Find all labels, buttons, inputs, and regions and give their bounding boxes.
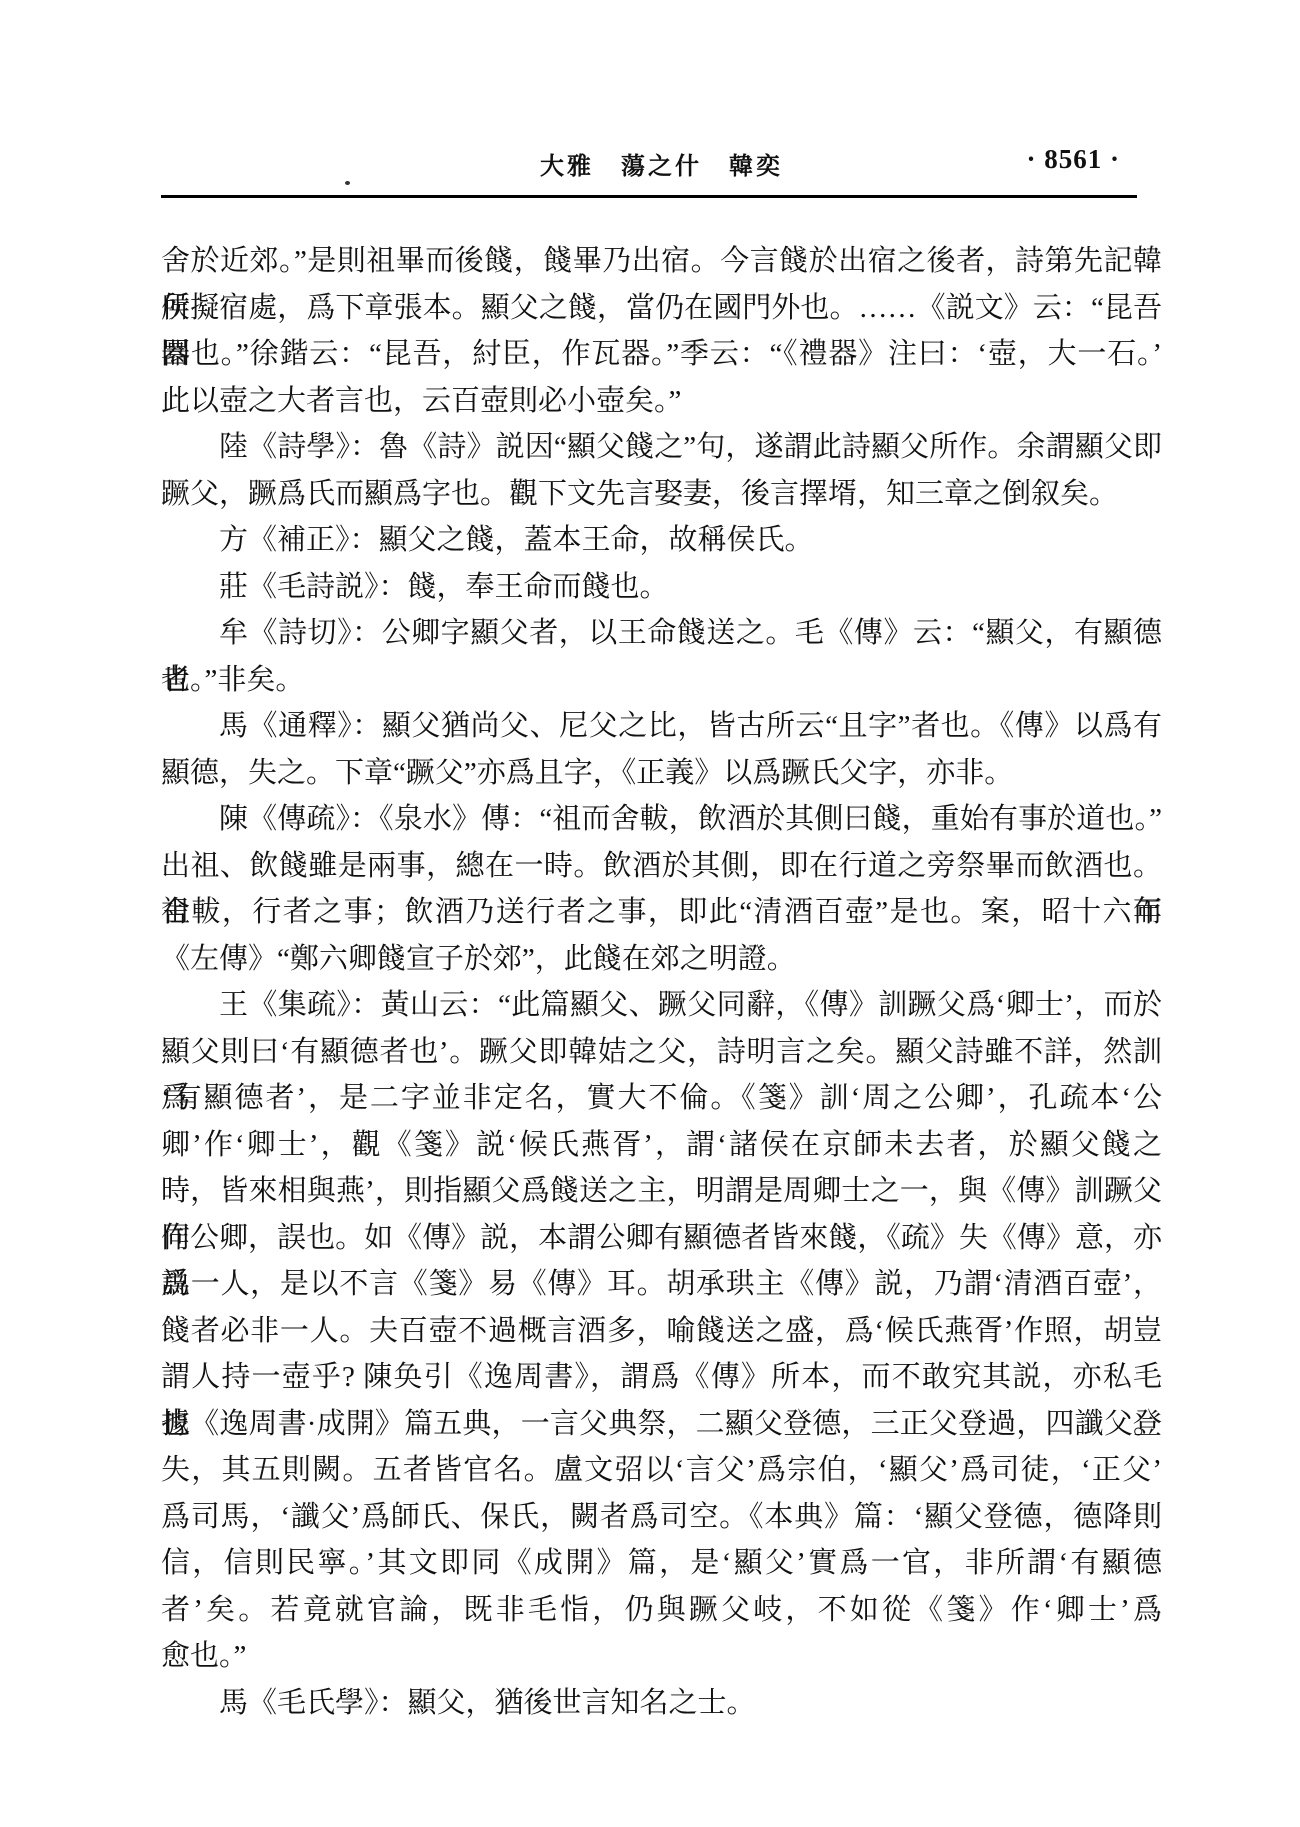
text-line: 顯德，失之。下章“蹶父”亦爲且字，《正義》以爲蹶氏父字，亦非。 <box>161 750 1162 797</box>
text-line: 莊《毛詩説》：餞，奉王命而餞也。 <box>161 564 1162 611</box>
text-line: 者’矣。若竟就官論，既非毛恉，仍與蹶父岐，不如從《箋》作‘卿士’爲 <box>161 1587 1162 1634</box>
text-line: 方《補正》：顯父之餞，蓋本王命，故稱侯氏。 <box>161 517 1162 564</box>
text-line: 時，皆來相與燕’，則指顯父爲餞送之主，明謂是周卿士之一，與《傳》訓蹶父同 <box>161 1168 1162 1215</box>
text-line: 據《逸周書·成開》篇五典，一言父典祭，二顯父登德，三正父登過，四讖父登 <box>161 1401 1162 1448</box>
text-line: 爲司馬，‘讖父’爲師氏、保氏，闕者爲司空。《本典》篇：‘顯父登德，德降則 <box>161 1494 1162 1541</box>
text-line: 爲一人，是以不言《箋》易《傳》耳。胡承珙主《傳》説，乃謂‘清酒百壺’， <box>161 1261 1162 1308</box>
scanned-book-page: 大雅 蕩之什 韓奕 · 8561 · 舍於近郊。”是則祖畢而後餞，餞畢乃出宿。今… <box>0 0 1300 1827</box>
text-line: 也。”非矣。 <box>161 657 1162 704</box>
text-line: 《左傳》“鄭六卿餞宣子於郊”，此餞在郊之明證。 <box>161 936 1162 983</box>
text-line: 所擬宿處，爲下章張本。顯父之餞，當仍在國門外也。……《説文》云：“昆吾圜 <box>161 285 1162 332</box>
text-line: 信，信則民寧。’其文即同《成開》篇，是‘顯父’實爲一官，非所謂‘有顯德 <box>161 1540 1162 1587</box>
text-line: 餞者必非一人。夫百壺不過概言酒多，喻餞送之盛，爲‘候氏燕胥’作照，胡豈 <box>161 1308 1162 1355</box>
page-number: · 8561 · <box>1026 144 1120 175</box>
text-line: 馬《毛氏學》：顯父，猶後世言知名之士。 <box>161 1680 1162 1727</box>
header-divider-rule <box>161 195 1137 198</box>
text-line: 陸《詩學》：魯《詩》説因“顯父餞之”句，遂謂此詩顯父所作。余謂顯父即 <box>161 424 1162 471</box>
text-line: 陳《傳疏》：《泉水》傳：“祖而舍軷，飲酒於其側曰餞，重始有事於道也。” <box>161 796 1162 843</box>
page-header: 大雅 蕩之什 韓奕 · 8561 · <box>161 146 1162 182</box>
text-line: 卿’作‘卿士’，觀《箋》説‘候氏燕胥’，謂‘諸侯在京師未去者，於顯父餞之 <box>161 1122 1162 1169</box>
text-line: 出祖、飲餞雖是兩事，總在一時。飲酒於其側，即在行道之旁祭畢而飲酒也。祖而 <box>161 843 1162 890</box>
text-line: ‘有顯德者’，是二字並非定名，實大不倫。《箋》訓‘周之公卿’，孔疏本‘公 <box>161 1075 1162 1122</box>
text-line: 顯父則曰‘有顯德者也’。蹶父即韓姞之父，詩明言之矣。顯父詩雖不詳，然訓爲 <box>161 1029 1162 1076</box>
text-line: 此以壺之大者言也，云百壺則必小壺矣。” <box>161 378 1162 425</box>
text-line: 愈也。” <box>161 1633 1162 1680</box>
text-line: 失，其五則闕。五者皆官名。盧文弨以‘言父’爲宗伯，‘顯父’爲司徒，‘正父’ <box>161 1447 1162 1494</box>
body-text: 舍於近郊。”是則祖畢而後餞，餞畢乃出宿。今言餞於出宿之後者，詩第先記韓侯所擬宿處… <box>161 238 1162 1726</box>
text-line: 馬《通釋》：顯父猶尚父、尼父之比，皆古所云“且字”者也。《傳》以爲有 <box>161 703 1162 750</box>
text-line: 謂人持一壺乎? 陳奂引《逸周書》，謂爲《傳》所本，而不敢究其説，亦私毛也。 <box>161 1354 1162 1401</box>
text-line: 器也。”徐鍇云：“昆吾，紂臣，作瓦器。”季云：“《禮器》注曰：‘壺，大一石。’ <box>161 331 1162 378</box>
text-line: 蹶父，蹶爲氏而顯爲字也。觀下文先言娶妻，後言擇壻，知三章之倒叙矣。 <box>161 471 1162 518</box>
text-line: 王《集疏》：黃山云：“此篇顯父、蹶父同辭，《傳》訓蹶父爲‘卿士’，而於 <box>161 982 1162 1029</box>
text-line: 牟《詩切》：公卿字顯父者，以王命餞送之。毛《傳》云：“顯父，有顯德者 <box>161 610 1162 657</box>
section-title: 大雅 蕩之什 韓奕 <box>161 146 1162 181</box>
text-line: 作公卿，誤也。如《傳》説，本謂公卿有顯德者皆來餞，《疏》失《傳》意，亦説 <box>161 1215 1162 1262</box>
scan-speck <box>345 181 350 185</box>
text-line: 舍軷，行者之事；飲酒乃送行者之事，即此“清酒百壺”是也。案，昭十六年 <box>161 889 1162 936</box>
text-line: 舍於近郊。”是則祖畢而後餞，餞畢乃出宿。今言餞於出宿之後者，詩第先記韓侯 <box>161 238 1162 285</box>
